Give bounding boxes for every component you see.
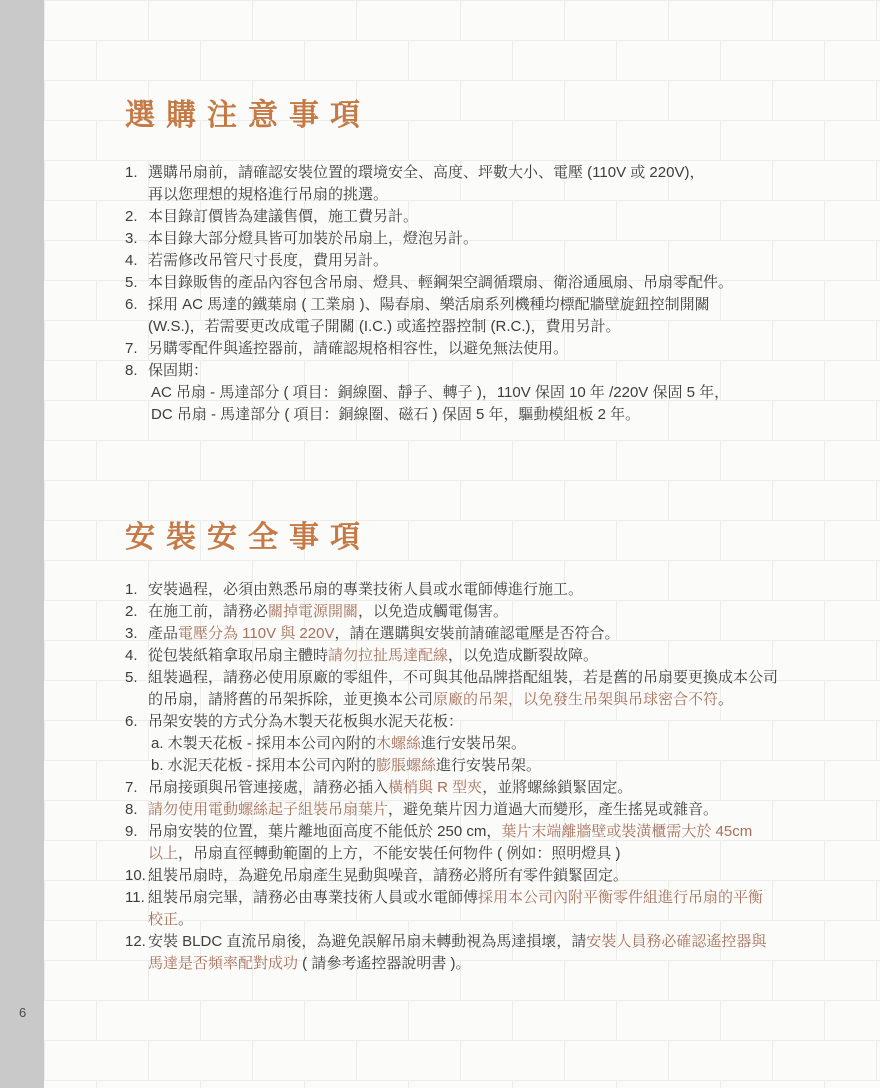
item-text: 選購吊扇前，請確認安裝位置的環境安全、高度、坪數大小、電壓 (110V 或 22… bbox=[148, 162, 835, 206]
text-segment: ，並將螺絲鎖緊固定。 bbox=[482, 779, 632, 796]
item-number: 2. bbox=[125, 601, 148, 623]
text-segment: ，以免造成觸電傷害。 bbox=[358, 603, 508, 620]
list-item: 4.從包裝紙箱拿取吊扇主體時請勿拉扯馬達配線，以免造成斷裂故障。 bbox=[125, 645, 835, 667]
list-item: 1.安裝過程，必須由熟悉吊扇的專業技術人員或水電師傅進行施工。 bbox=[125, 579, 835, 601]
text-segment: ，避免葉片因力道過大而變形，產生搖晃或雜音。 bbox=[388, 801, 718, 818]
list-item: 5.組裝過程，請務必使用原廠的零組件，不可與其他品牌搭配組裝，若是舊的吊扇要更換… bbox=[125, 667, 835, 711]
item-text: 組裝吊扇完畢，請務必由專業技術人員或水電師傅採用本公司內附平衡零件組進行吊扇的平… bbox=[148, 887, 835, 931]
text-segment: 產品 bbox=[148, 625, 178, 642]
item-number: 4. bbox=[125, 250, 148, 272]
list-item: 10.組裝吊扇時，為避免吊扇產生晃動與噪音，請務必將所有零件鎖緊固定。 bbox=[125, 865, 835, 887]
list-item: 6.採用 AC 馬達的鐵葉扇 ( 工業扇 )、陽春扇、樂活扇系列機種均標配牆壁旋… bbox=[125, 294, 835, 338]
text-segment: 本目錄訂價皆為建議售價，施工費另計。 bbox=[148, 208, 418, 225]
text-segment: ，吊扇直徑轉動範圍的上方，不能安裝任何物件 ( 例如：照明燈具 ) bbox=[178, 845, 621, 862]
item-text: 若需修改吊管尺寸長度，費用另計。 bbox=[148, 250, 835, 272]
text-segment: 本目錄販售的產品內容包含吊扇、燈具、輕鋼架空調循環扇、衛浴通風扇、吊扇零配件。 bbox=[148, 274, 733, 291]
text-segment: 。 bbox=[718, 691, 733, 708]
text-segment: b. 水泥天花板 - 採用本公司內附的 bbox=[151, 757, 376, 774]
item-text: 本目錄販售的產品內容包含吊扇、燈具、輕鋼架空調循環扇、衛浴通風扇、吊扇零配件。 bbox=[148, 272, 835, 294]
list-item: 12.安裝 BLDC 直流吊扇後，為避免誤解吊扇未轉動視為馬達損壞，請安裝人員務… bbox=[125, 931, 835, 975]
sub-line: DC 吊扇 - 馬達部分 ( 項目：銅線圈、磁石 ) 保固 5 年，驅動模組板 … bbox=[151, 404, 835, 426]
text-segment: 組裝過程，請務必使用原廠的零組件，不可與其他品牌搭配組裝，若是舊的吊扇要更換成本… bbox=[148, 669, 778, 686]
text-segment: 另購零配件與遙控器前，請確認規格相容性，以避免無法使用。 bbox=[148, 340, 568, 357]
item-text: 產品電壓分為 110V 與 220V，請在選購與安裝前請確認電壓是否符合。 bbox=[148, 623, 835, 645]
item-number: 9. bbox=[125, 821, 148, 843]
text-segment: 安裝過程，必須由熟悉吊扇的專業技術人員或水電師傅進行施工。 bbox=[148, 581, 583, 598]
item-number: 5. bbox=[125, 272, 148, 294]
accent-text-segment: 葉片末端離牆壁或裝潢櫃需大於 45cm bbox=[501, 823, 752, 840]
text-segment: 。 bbox=[178, 911, 193, 928]
accent-text-segment: 木螺絲 bbox=[376, 735, 421, 752]
item-number: 1. bbox=[125, 162, 148, 184]
item-number: 7. bbox=[125, 338, 148, 360]
list-item: 2.本目錄訂價皆為建議售價，施工費另計。 bbox=[125, 206, 835, 228]
accent-text-segment: 電壓分為 110V 與 220V bbox=[178, 625, 334, 642]
catalog-page: 6 選購注意事項 1.選購吊扇前，請確認安裝位置的環境安全、高度、坪數大小、電壓… bbox=[0, 0, 880, 1088]
text-segment: DC 吊扇 - 馬達部分 ( 項目：銅線圈、磁石 ) 保固 5 年，驅動模組板 … bbox=[151, 406, 640, 423]
item-text: 在施工前，請務必關掉電源開關，以免造成觸電傷害。 bbox=[148, 601, 835, 623]
text-segment: 若需修改吊管尺寸長度，費用另計。 bbox=[148, 252, 388, 269]
text-segment: 採用 AC 馬達的鐵葉扇 ( 工業扇 )、陽春扇、樂活扇系列機種均標配牆壁旋鈕控… bbox=[148, 296, 710, 313]
item-text: 從包裝紙箱拿取吊扇主體時請勿拉扯馬達配線，以免造成斷裂故障。 bbox=[148, 645, 835, 667]
accent-text-segment: 以上 bbox=[148, 845, 178, 862]
left-gray-rail: 6 bbox=[0, 0, 44, 1088]
text-segment: ，請在選購與安裝前請確認電壓是否符合。 bbox=[334, 625, 619, 642]
accent-text-segment: 校正 bbox=[148, 911, 178, 928]
text-segment: a. 木製天花板 - 採用本公司內附的 bbox=[151, 735, 376, 752]
item-text: 保固期：AC 吊扇 - 馬達部分 ( 項目：銅線圈、靜子、轉子 )，110V 保… bbox=[148, 360, 835, 426]
section-title-purchase-notes: 選購注意事項 bbox=[125, 97, 835, 135]
text-segment: 吊架安裝的方式分為木製天花板與水泥天花板： bbox=[148, 713, 463, 730]
text-segment: 選購吊扇前，請確認安裝位置的環境安全、高度、坪數大小、電壓 (110V 或 22… bbox=[148, 164, 704, 181]
sub-line: AC 吊扇 - 馬達部分 ( 項目：銅線圈、靜子、轉子 )，110V 保固 10… bbox=[151, 382, 835, 404]
text-segment: 保固期： bbox=[148, 362, 208, 379]
text-segment: 吊扇接頭與吊管連接處，請務必插入 bbox=[148, 779, 388, 796]
list-item: 7.吊扇接頭與吊管連接處，請務必插入橫梢與 R 型夾，並將螺絲鎖緊固定。 bbox=[125, 777, 835, 799]
purchase-notes-list: 1.選購吊扇前，請確認安裝位置的環境安全、高度、坪數大小、電壓 (110V 或 … bbox=[125, 162, 835, 426]
item-number: 6. bbox=[125, 294, 148, 316]
text-segment: ，以免造成斷裂故障。 bbox=[448, 647, 598, 664]
accent-text-segment: 膨脹螺絲 bbox=[376, 757, 436, 774]
accent-text-segment: 關掉電源開關 bbox=[268, 603, 358, 620]
install-safety-list: 1.安裝過程，必須由熟悉吊扇的專業技術人員或水電師傅進行施工。2.在施工前，請務… bbox=[125, 579, 835, 975]
item-number: 7. bbox=[125, 777, 148, 799]
accent-text-segment: 請勿使用電動螺絲起子組裝吊扇葉片 bbox=[148, 801, 388, 818]
text-segment: 安裝 BLDC 直流吊扇後，為避免誤解吊扇未轉動視為馬達損壞，請 bbox=[148, 933, 586, 950]
item-number: 12. bbox=[125, 931, 148, 953]
item-text: 另購零配件與遙控器前，請確認規格相容性，以避免無法使用。 bbox=[148, 338, 835, 360]
text-segment: 的吊扇，請將舊的吊架拆除，並更換本公司 bbox=[148, 691, 433, 708]
accent-text-segment: 請勿拉扯馬達配線 bbox=[328, 647, 448, 664]
text-segment: 從包裝紙箱拿取吊扇主體時 bbox=[148, 647, 328, 664]
list-item: 11.組裝吊扇完畢，請務必由專業技術人員或水電師傅採用本公司內附平衡零件組進行吊… bbox=[125, 887, 835, 931]
item-number: 8. bbox=[125, 799, 148, 821]
list-item: 7.另購零配件與遙控器前，請確認規格相容性，以避免無法使用。 bbox=[125, 338, 835, 360]
text-segment: 再以您理想的規格進行吊扇的挑選。 bbox=[148, 186, 388, 203]
item-text: 本目錄訂價皆為建議售價，施工費另計。 bbox=[148, 206, 835, 228]
item-text: 吊架安裝的方式分為木製天花板與水泥天花板：a. 木製天花板 - 採用本公司內附的… bbox=[148, 711, 835, 777]
list-item: 1.選購吊扇前，請確認安裝位置的環境安全、高度、坪數大小、電壓 (110V 或 … bbox=[125, 162, 835, 206]
text-segment: 本目錄大部分燈具皆可加裝於吊扇上，燈泡另計。 bbox=[148, 230, 478, 247]
text-segment: 進行安裝吊架。 bbox=[421, 735, 526, 752]
brick-wall-content: 選購注意事項 1.選購吊扇前，請確認安裝位置的環境安全、高度、坪數大小、電壓 (… bbox=[44, 0, 880, 1088]
text-segment: (W.S.)，若需要更改成電子開關 (I.C.) 或遙控器控制 (R.C.)，費… bbox=[148, 318, 620, 335]
list-item: 6.吊架安裝的方式分為木製天花板與水泥天花板：a. 木製天花板 - 採用本公司內… bbox=[125, 711, 835, 777]
text-segment: 組裝吊扇完畢，請務必由專業技術人員或水電師傅 bbox=[148, 889, 478, 906]
accent-text-segment: 安裝人員務必確認遙控器與 bbox=[586, 933, 766, 950]
item-text: 本目錄大部分燈具皆可加裝於吊扇上，燈泡另計。 bbox=[148, 228, 835, 250]
item-number: 3. bbox=[125, 228, 148, 250]
text-segment: 組裝吊扇時，為避免吊扇產生晃動與噪音，請務必將所有零件鎖緊固定。 bbox=[148, 867, 628, 884]
list-item: 3.產品電壓分為 110V 與 220V，請在選購與安裝前請確認電壓是否符合。 bbox=[125, 623, 835, 645]
item-number: 11. bbox=[125, 887, 148, 909]
item-text: 安裝過程，必須由熟悉吊扇的專業技術人員或水電師傅進行施工。 bbox=[148, 579, 835, 601]
item-text: 吊扇安裝的位置，葉片離地面高度不能低於 250 cm，葉片末端離牆壁或裝潢櫃需大… bbox=[148, 821, 835, 865]
list-item: 9.吊扇安裝的位置，葉片離地面高度不能低於 250 cm，葉片末端離牆壁或裝潢櫃… bbox=[125, 821, 835, 865]
accent-text-segment: 採用本公司內附平衡零件組進行吊扇的平衡 bbox=[478, 889, 763, 906]
item-text: 採用 AC 馬達的鐵葉扇 ( 工業扇 )、陽春扇、樂活扇系列機種均標配牆壁旋鈕控… bbox=[148, 294, 835, 338]
item-number: 1. bbox=[125, 579, 148, 601]
accent-text-segment: 原廠的吊架，以免發生吊架與吊球密合不符 bbox=[433, 691, 718, 708]
item-number: 5. bbox=[125, 667, 148, 689]
section-title-install-safety: 安裝安全事項 bbox=[125, 519, 835, 557]
page-number: 6 bbox=[19, 1005, 26, 1020]
list-item: 4.若需修改吊管尺寸長度，費用另計。 bbox=[125, 250, 835, 272]
list-item: 3.本目錄大部分燈具皆可加裝於吊扇上，燈泡另計。 bbox=[125, 228, 835, 250]
item-text: 安裝 BLDC 直流吊扇後，為避免誤解吊扇未轉動視為馬達損壞，請安裝人員務必確認… bbox=[148, 931, 835, 975]
text-segment: 進行安裝吊架。 bbox=[436, 757, 541, 774]
item-text: 組裝過程，請務必使用原廠的零組件，不可與其他品牌搭配組裝，若是舊的吊扇要更換成本… bbox=[148, 667, 835, 711]
list-item: 8.保固期：AC 吊扇 - 馬達部分 ( 項目：銅線圈、靜子、轉子 )，110V… bbox=[125, 360, 835, 426]
item-number: 4. bbox=[125, 645, 148, 667]
accent-text-segment: 橫梢與 R 型夾 bbox=[388, 779, 482, 796]
sub-line: b. 水泥天花板 - 採用本公司內附的膨脹螺絲進行安裝吊架。 bbox=[151, 755, 835, 777]
item-number: 10. bbox=[125, 865, 148, 887]
item-text: 吊扇接頭與吊管連接處，請務必插入橫梢與 R 型夾，並將螺絲鎖緊固定。 bbox=[148, 777, 835, 799]
text-segment: ( 請參考遙控器說明書 )。 bbox=[298, 955, 471, 972]
item-number: 3. bbox=[125, 623, 148, 645]
text-segment: 在施工前，請務必 bbox=[148, 603, 268, 620]
list-item: 5.本目錄販售的產品內容包含吊扇、燈具、輕鋼架空調循環扇、衛浴通風扇、吊扇零配件… bbox=[125, 272, 835, 294]
sub-line: a. 木製天花板 - 採用本公司內附的木螺絲進行安裝吊架。 bbox=[151, 733, 835, 755]
list-item: 2.在施工前，請務必關掉電源開關，以免造成觸電傷害。 bbox=[125, 601, 835, 623]
text-segment: 吊扇安裝的位置，葉片離地面高度不能低於 250 cm， bbox=[148, 823, 501, 840]
item-text: 組裝吊扇時，為避免吊扇產生晃動與噪音，請務必將所有零件鎖緊固定。 bbox=[148, 865, 835, 887]
item-number: 8. bbox=[125, 360, 148, 382]
item-number: 6. bbox=[125, 711, 148, 733]
item-number: 2. bbox=[125, 206, 148, 228]
accent-text-segment: 馬達是否頻率配對成功 bbox=[148, 955, 298, 972]
list-item: 8.請勿使用電動螺絲起子組裝吊扇葉片，避免葉片因力道過大而變形，產生搖晃或雜音。 bbox=[125, 799, 835, 821]
text-segment: AC 吊扇 - 馬達部分 ( 項目：銅線圈、靜子、轉子 )，110V 保固 10… bbox=[151, 384, 729, 401]
item-text: 請勿使用電動螺絲起子組裝吊扇葉片，避免葉片因力道過大而變形，產生搖晃或雜音。 bbox=[148, 799, 835, 821]
